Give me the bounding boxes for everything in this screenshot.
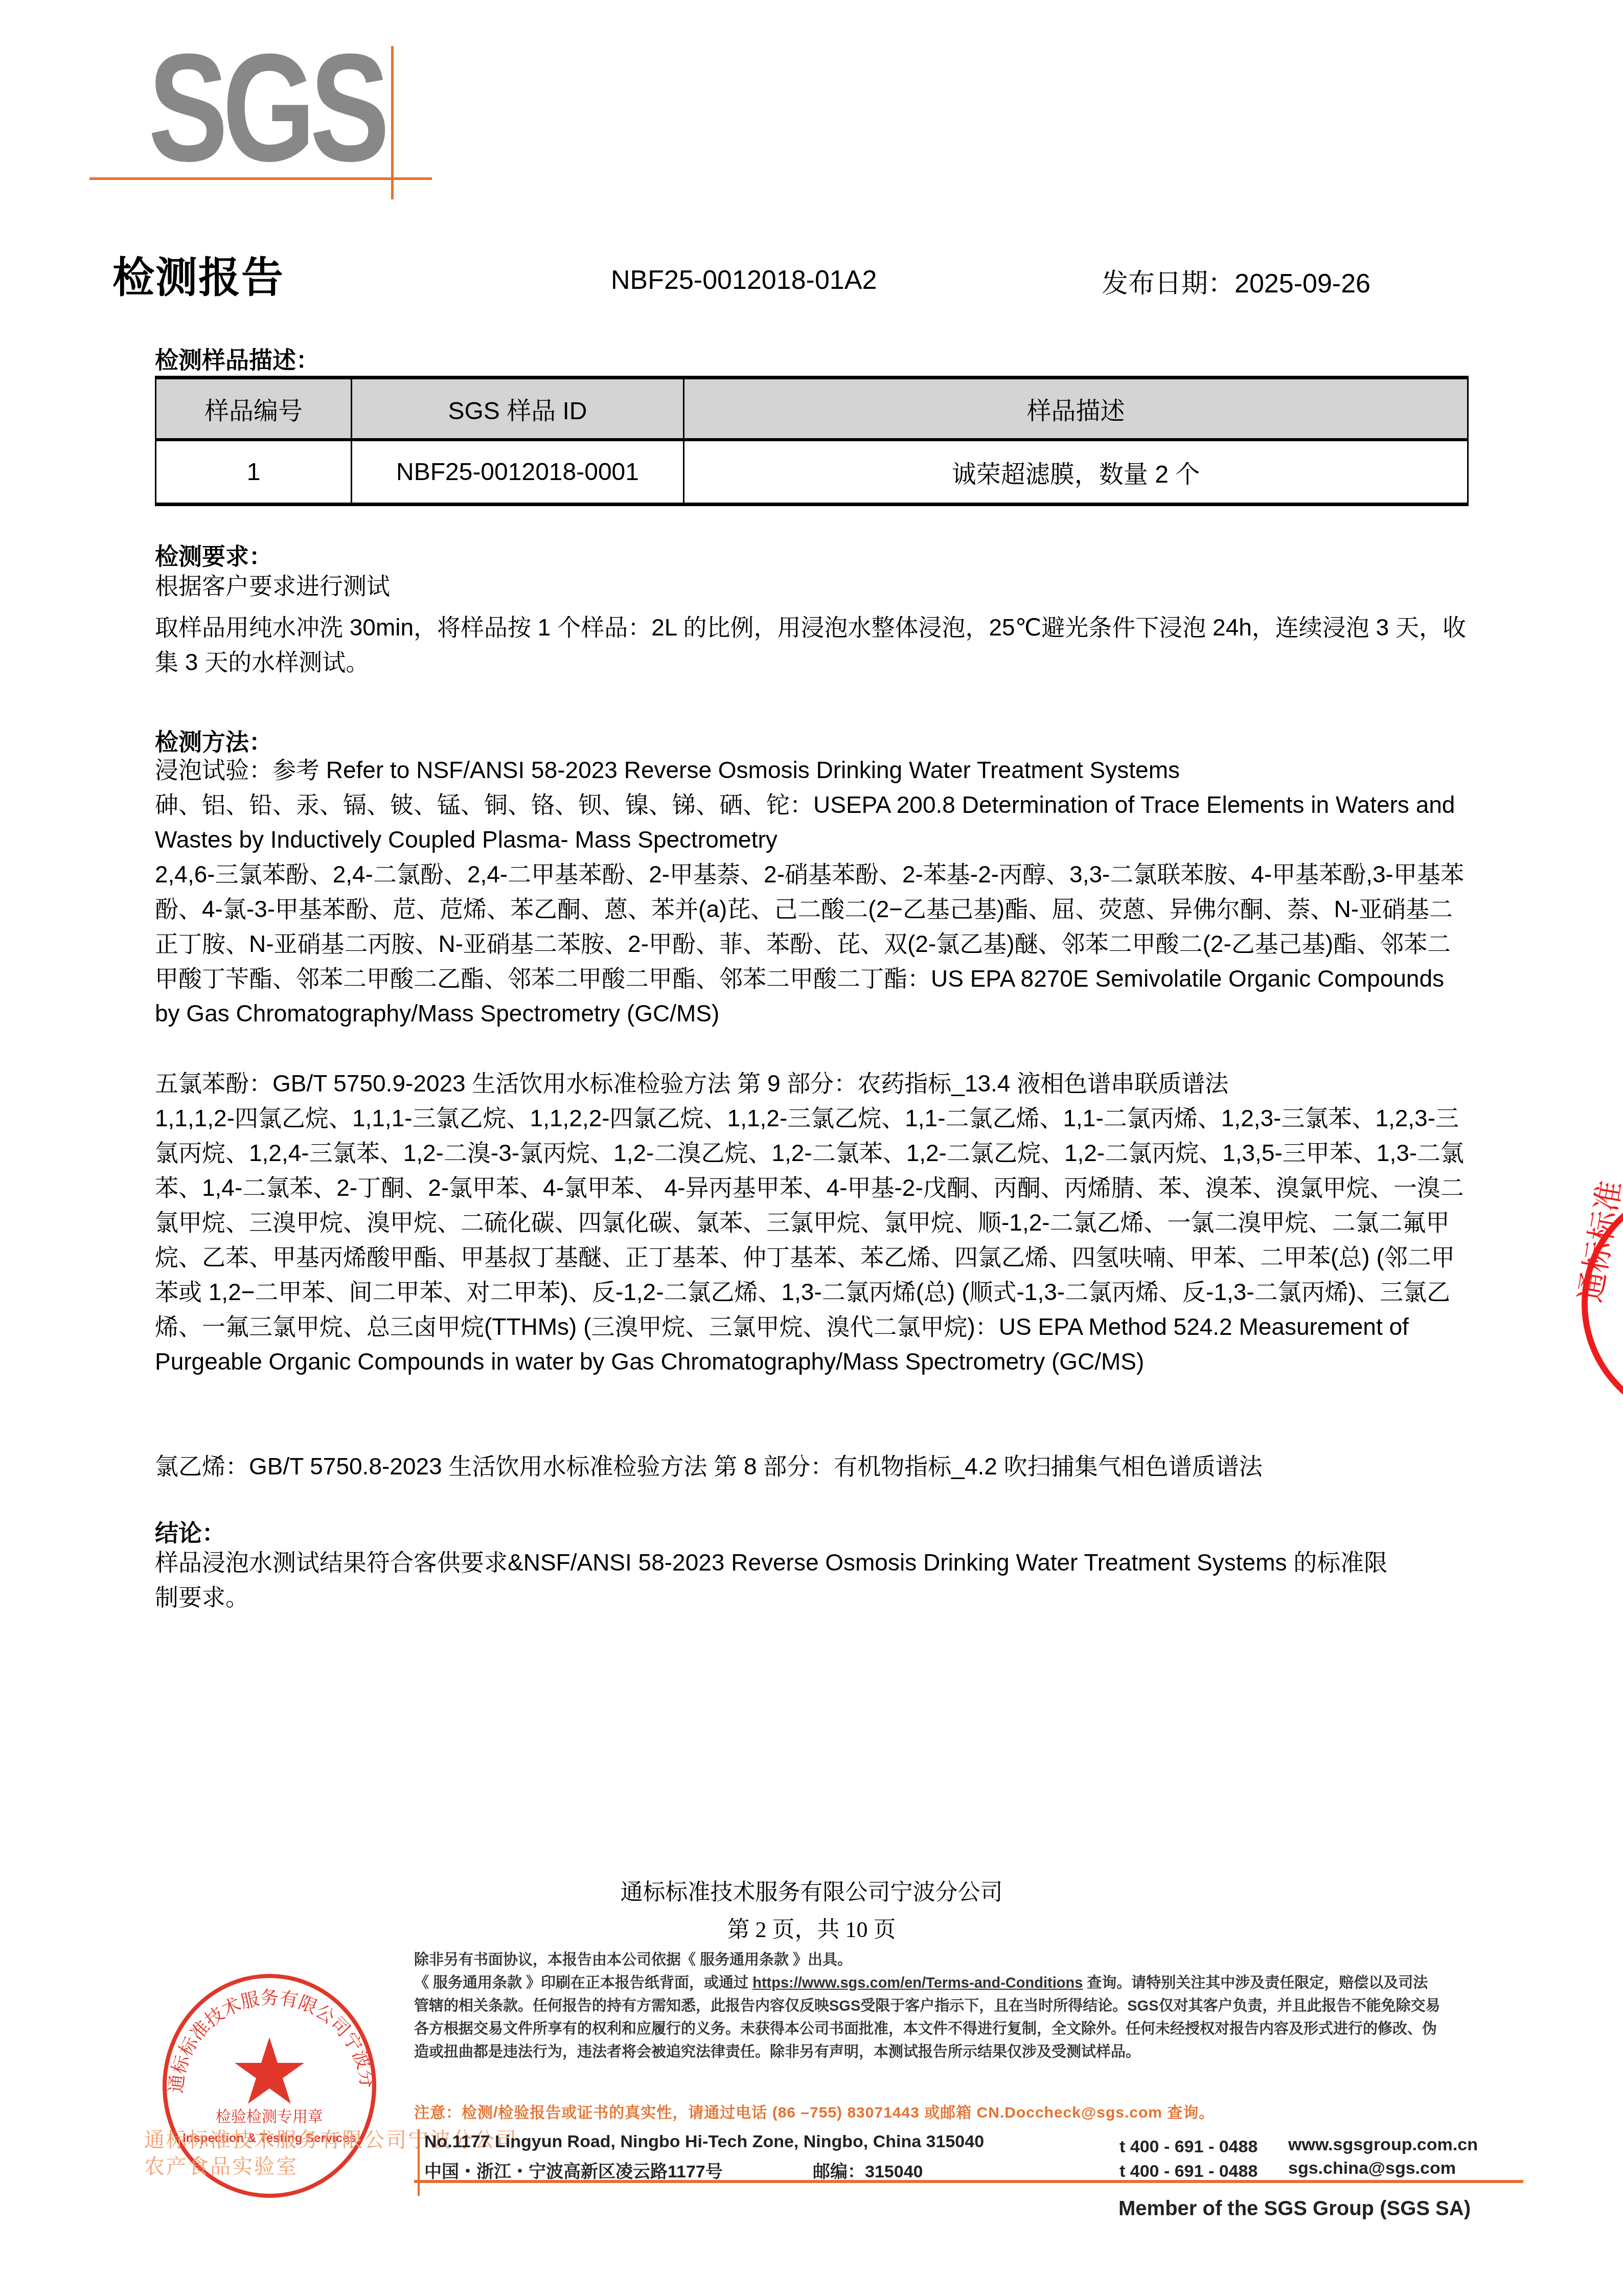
column-header-sample-no: 样品编号: [156, 378, 352, 440]
issue-date: 发布日期：2025-09-26: [1102, 262, 1370, 300]
method-vinyl-chloride: 氯乙烯：GB/T 5750.8-2023 生活饮用水标准检验方法 第 8 部分：…: [155, 1449, 1494, 1484]
cell-sgs-id: NBF25-0012018-0001: [352, 440, 684, 505]
disclaimer-text-a: 《 服务通用条款 》印刷在正本报告纸背面，或通过: [414, 1975, 752, 1991]
method-svoc: 2,4,6-三氯苯酚、2,4-二氯酚、2,4-二甲基苯酚、2-甲基萘、2-硝基苯…: [155, 857, 1469, 1031]
requirements-line-2: 取样品用纯水冲洗 30min，将样品按 1 个样品：2L 的比例，用浸泡水整体浸…: [155, 610, 1479, 679]
disclaimer-line-1: 除非另有书面协议，本报告由本公司依据《 服务通用条款 》出具。: [414, 1949, 1442, 1972]
email-link[interactable]: sgs.china@sgs.com: [1288, 2158, 1456, 2178]
logo-orange-line-horizontal: [89, 177, 432, 180]
terms-link[interactable]: https://www.sgs.com/en/Terms-and-Conditi…: [752, 1975, 1083, 1991]
method-metals: 砷、铝、铅、汞、镉、铍、锰、铜、铬、钡、镍、锑、硒、铊：USEPA 200.8 …: [155, 787, 1469, 857]
member-of-sgs-group: Member of the SGS Group (SGS SA): [1118, 2197, 1471, 2220]
requirements-heading: 检测要求：: [155, 538, 272, 572]
svg-text:通标标准: 通标标准: [1572, 1178, 1623, 1305]
column-header-sgs-id: SGS 样品 ID: [352, 378, 684, 440]
page-indicator: 第 2 页，共 10 页: [0, 1911, 1623, 1944]
phone-1: t 400 - 691 - 0488: [1119, 2137, 1258, 2157]
table-header-row: 样品编号 SGS 样品 ID 样品描述: [156, 378, 1468, 440]
requirements-line-1: 根据客户要求进行测试: [155, 569, 1494, 603]
seal-stamp-edge-icon: 通标标准: [1569, 1176, 1623, 1431]
report-title: 检测报告: [112, 244, 284, 304]
sample-table: 样品编号 SGS 样品 ID 样品描述 1 NBF25-0012018-0001…: [155, 376, 1469, 506]
method-voc: 1,1,1,2-四氯乙烷、1,1,1-三氯乙烷、1,1,2,2-四氯乙烷、1,1…: [155, 1101, 1469, 1379]
logo-orange-line-vertical: [391, 46, 394, 199]
footer-company-name: 通标标准技术服务有限公司宁波分公司: [0, 1874, 1623, 1906]
table-row: 1 NBF25-0012018-0001 诚荣超滤膜，数量 2 个: [156, 440, 1468, 505]
cell-description: 诚荣超滤膜，数量 2 个: [684, 440, 1468, 505]
phone-2: t 400 - 691 - 0488: [1119, 2162, 1258, 2181]
method-pentachlorophenol: 五氯苯酚：GB/T 5750.9-2023 生活饮用水标准检验方法 第 9 部分…: [155, 1066, 1494, 1101]
postcode: 邮编：315040: [813, 2157, 923, 2183]
method-soak-test: 浸泡试验：参考 Refer to NSF/ANSI 58-2023 Revers…: [155, 753, 1494, 787]
address-chinese: 中国・浙江・宁波高新区凌云路1177号: [424, 2157, 723, 2183]
cell-sample-no: 1: [156, 440, 352, 505]
disclaimer-body: 《 服务通用条款 》印刷在正本报告纸背面，或通过 https://www.sgs…: [414, 1972, 1442, 2064]
issue-date-value: 2025-09-26: [1235, 269, 1370, 299]
issue-date-label: 发布日期：: [1102, 269, 1235, 299]
logo-text: SGS: [148, 43, 384, 171]
address-english: No.1177 Lingyun Road, Ningbo Hi-Tech Zon…: [424, 2132, 984, 2152]
conclusion-heading: 结论：: [155, 1514, 225, 1548]
terms-disclaimer: 除非另有书面协议，本报告由本公司依据《 服务通用条款 》出具。 《 服务通用条款…: [414, 1949, 1442, 2064]
conclusion-text: 样品浸泡水测试结果符合客供要求&NSF/ANSI 58-2023 Reverse…: [155, 1545, 1407, 1615]
column-header-description: 样品描述: [684, 378, 1468, 440]
seal-center-cn: 检验检测专用章: [216, 2108, 323, 2126]
website-link[interactable]: www.sgsgroup.com.cn: [1288, 2135, 1478, 2155]
address-orange-line-vertical: [418, 2129, 420, 2196]
sgs-logo: SGS: [89, 28, 447, 181]
authenticity-notice: 注意：检测/检验报告或证书的真实性，请通过电话 (86 –755) 830714…: [414, 2100, 1215, 2122]
report-number: NBF25-0012018-01A2: [611, 265, 877, 295]
sample-section-heading: 检测样品描述：: [155, 342, 319, 375]
